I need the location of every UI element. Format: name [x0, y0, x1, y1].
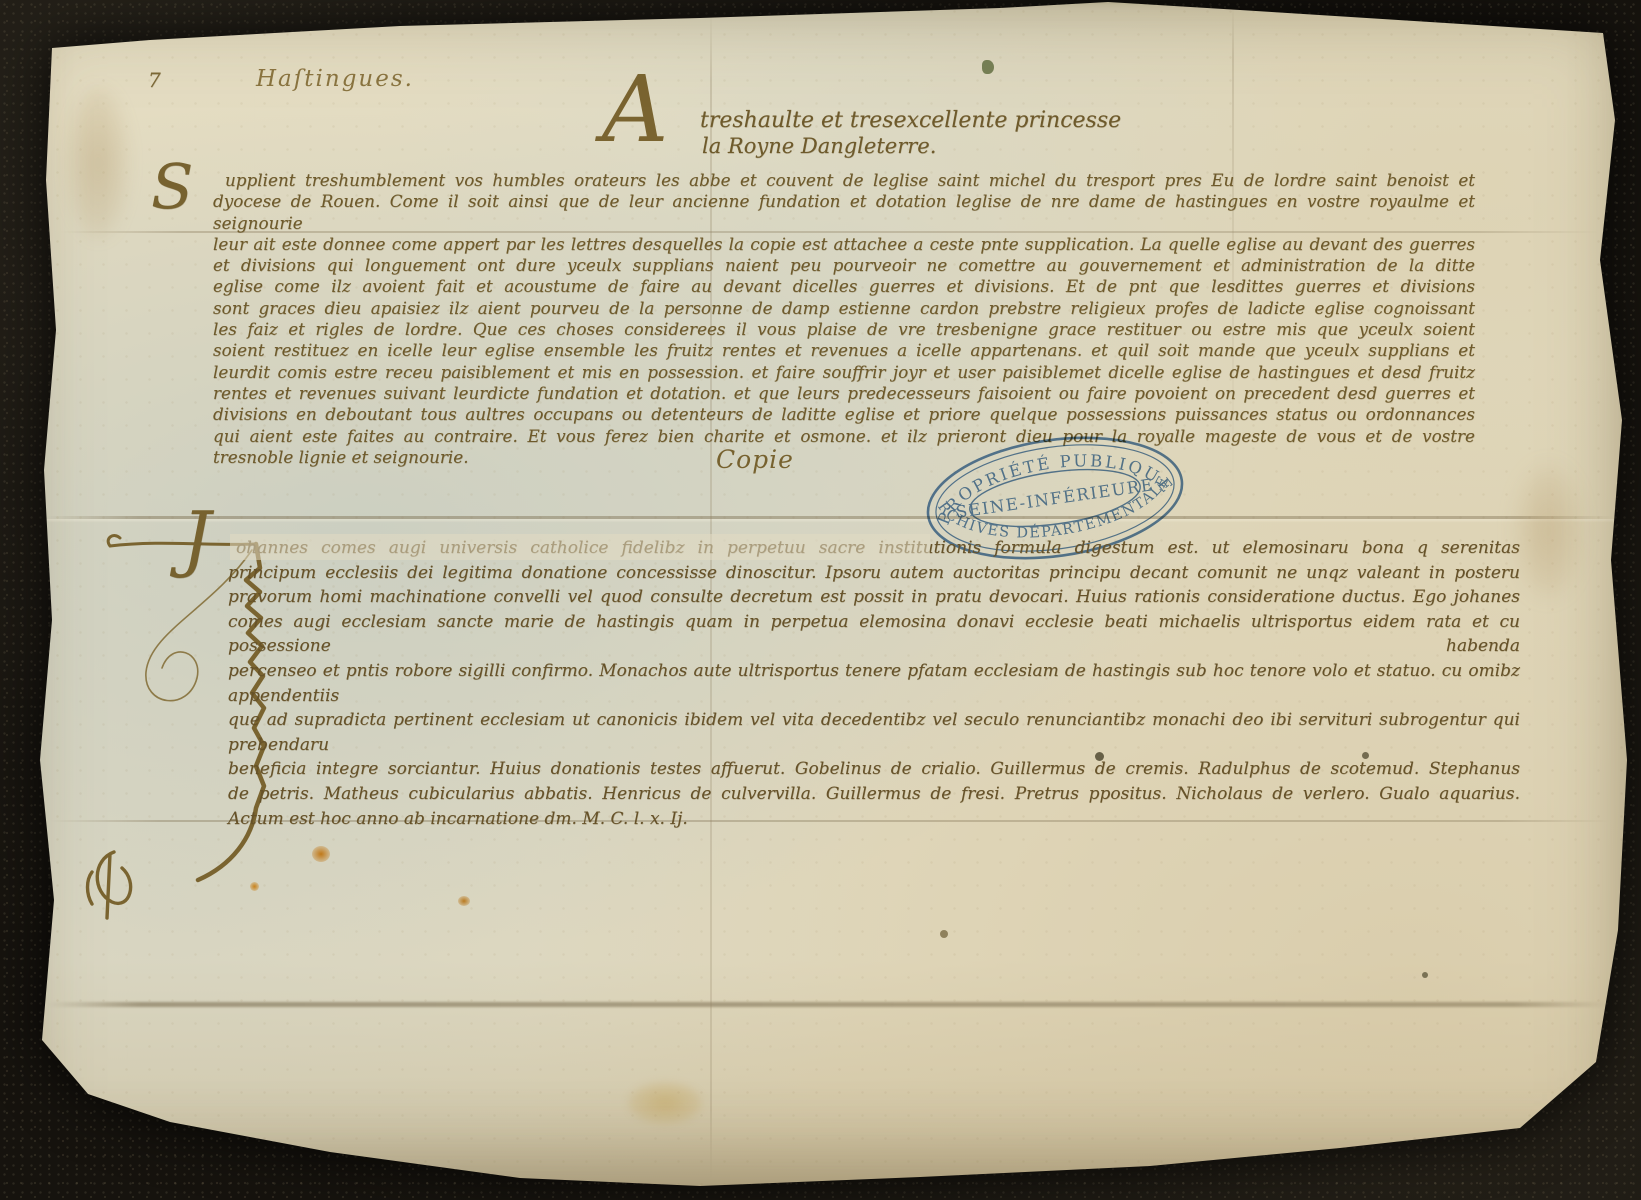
charter-line: de petris. Matheus cubicularius abbatis.…	[228, 782, 1520, 807]
petition-line: qui aient este faites au contraire. Et v…	[213, 426, 1475, 447]
stain	[1516, 466, 1580, 596]
folio-number: 7	[148, 68, 161, 92]
illuminated-initial-j: J	[182, 502, 211, 574]
copy-label: Copie	[716, 445, 794, 474]
fold-line-horizontal-2	[45, 516, 1615, 519]
petition-line: et divisions qui longuement ont dure yce…	[213, 255, 1475, 276]
petition-line: upplient treshumblement vos humbles orat…	[213, 170, 1475, 191]
petition-line: sont graces dieu apaisiez ilz aient pour…	[213, 298, 1475, 319]
stain	[940, 930, 948, 938]
illuminated-initial-s: S	[151, 156, 193, 218]
charter-line: Actum est hoc anno ab incarnatione dm. M…	[228, 807, 1520, 832]
illuminated-initial-a: A	[602, 56, 668, 163]
charter-line: beneficia integre sorciantur. Huius dona…	[228, 757, 1520, 782]
petition-line: dyocese de Rouen. Come il soit ainsi que…	[213, 191, 1475, 234]
heading-line: treshaulte et tresexcellente princesse	[700, 108, 1121, 133]
petition-line: eglise come ilz avoient fait et acoustum…	[213, 276, 1475, 297]
charter-line: pravorum homi machinatione convelli vel …	[228, 585, 1520, 610]
petition-line: divisions en deboutant tous aultres occu…	[213, 404, 1475, 425]
charter-line: comes augi ecclesiam sancte marie de has…	[228, 610, 1520, 659]
petition-line: soient restituez en icelle leur eglise e…	[213, 340, 1475, 361]
petition-line: leur ait este donnee come appert par les…	[213, 234, 1475, 255]
charter-line: ohannes comes augi universis catholice f…	[228, 536, 1520, 561]
ink-speck	[1422, 972, 1428, 978]
petition-paragraph: S upplient treshumblement vos humbles or…	[213, 170, 1475, 468]
parchment-wrapper: 7 Haſtingues. A treshaulte et tresexcell…	[0, 0, 1641, 1200]
charter-line: que ad supradicta pertinent ecclesiam ut…	[228, 708, 1520, 757]
heading-line: la Royne Dangleterre.	[702, 134, 936, 158]
stain	[68, 88, 128, 238]
flourish-bottom-paraph	[88, 852, 131, 918]
petition-line: les faiz et rigles de lordre. Que ces ch…	[213, 319, 1475, 340]
stain	[312, 846, 330, 862]
stain	[458, 896, 470, 906]
petition-line: rentes et revenues suivant leurdicte fun…	[213, 383, 1475, 404]
ink-speck	[982, 60, 994, 74]
petition-line: leurdit comis estre receu paisiblement e…	[213, 362, 1475, 383]
stain	[628, 1082, 702, 1124]
charter-paragraph: J ohannes comes augi universis catholice…	[228, 536, 1520, 831]
photo-background: 7 Haſtingues. A treshaulte et tresexcell…	[0, 0, 1641, 1200]
parchment-sheet: 7 Haſtingues. A treshaulte et tresexcell…	[0, 0, 1641, 1200]
charter-line: percenseo et pntis robore sigilli confir…	[228, 659, 1520, 708]
petition-line: tresnoble lignie et seignourie.	[213, 447, 1475, 468]
charter-line: principum ecclesiis dei legitima donatio…	[228, 561, 1520, 586]
archive-label: Haſtingues.	[256, 66, 414, 92]
fold-line-horizontal-4	[48, 1002, 1608, 1007]
